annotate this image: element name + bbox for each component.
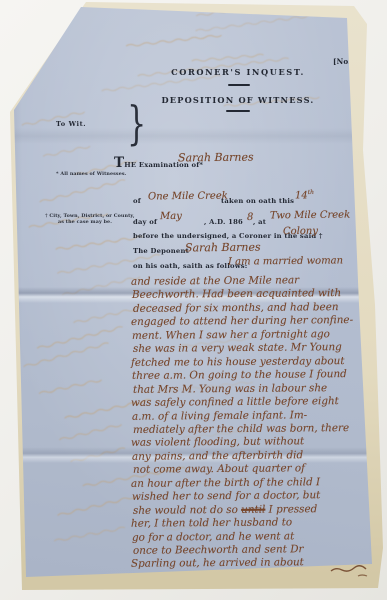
deposition-line: a.m. of a living female infant. Im- [132, 409, 307, 423]
margin-note-witnesses: * All names of Witnesses. [56, 171, 126, 177]
deposition-line: ment. When I saw her a fortnight ago [132, 328, 330, 342]
deposition-line: her, I then told her husband to [131, 516, 292, 529]
deposition-line: Beechworth. Had been acquainted with [132, 288, 341, 302]
deposition-line: engaged to attend her during her confine… [131, 314, 353, 328]
deposition-line: she was in a very weak state. Mr Young [133, 341, 342, 355]
deposition-line: deceased for six months, and had been [133, 301, 339, 315]
deposition-body: and reside at the One Mile nearBeechwort… [131, 0, 367, 600]
deposition-line: wished her to send for a doctor, but [132, 489, 320, 503]
deposition-line: fetched me to his house yesterday about [131, 355, 345, 369]
deposition-line: three a.m. On going to the house I found [132, 368, 347, 382]
struck-word: until [241, 503, 265, 515]
margin-note-place-2: as the case may be. [58, 219, 112, 225]
deposition-line: she would not do so until I pressed [133, 503, 317, 517]
deposition-line: that Mrs M. Young was in labour she [133, 382, 327, 396]
drop-cap-T: T [114, 155, 124, 171]
deposition-line: any pains, and the afterbirth did [132, 449, 303, 462]
deposition-line: go for a doctor, and he went at [132, 530, 294, 543]
deposition-line: was violent flooding, but without [131, 436, 304, 450]
deposition-line: mediately after the child was born, ther… [133, 422, 349, 436]
to-wit-label: To Wit. [56, 120, 86, 128]
deposition-line: once to Beechworth and sent Dr [133, 543, 304, 556]
deposition-line: an hour after the birth of the child I [131, 476, 320, 490]
deposition-line: was safely confined a little before eigh… [131, 395, 339, 409]
deposition-line: not come away. About quarter of [133, 463, 305, 477]
scanned-document: [No. 66. CORONER'S INQUEST. DEPOSITION O… [0, 0, 387, 600]
deposition-line: and reside at the One Mile near [131, 274, 299, 287]
deposition-page: [No. 66. CORONER'S INQUEST. DEPOSITION O… [0, 0, 387, 600]
